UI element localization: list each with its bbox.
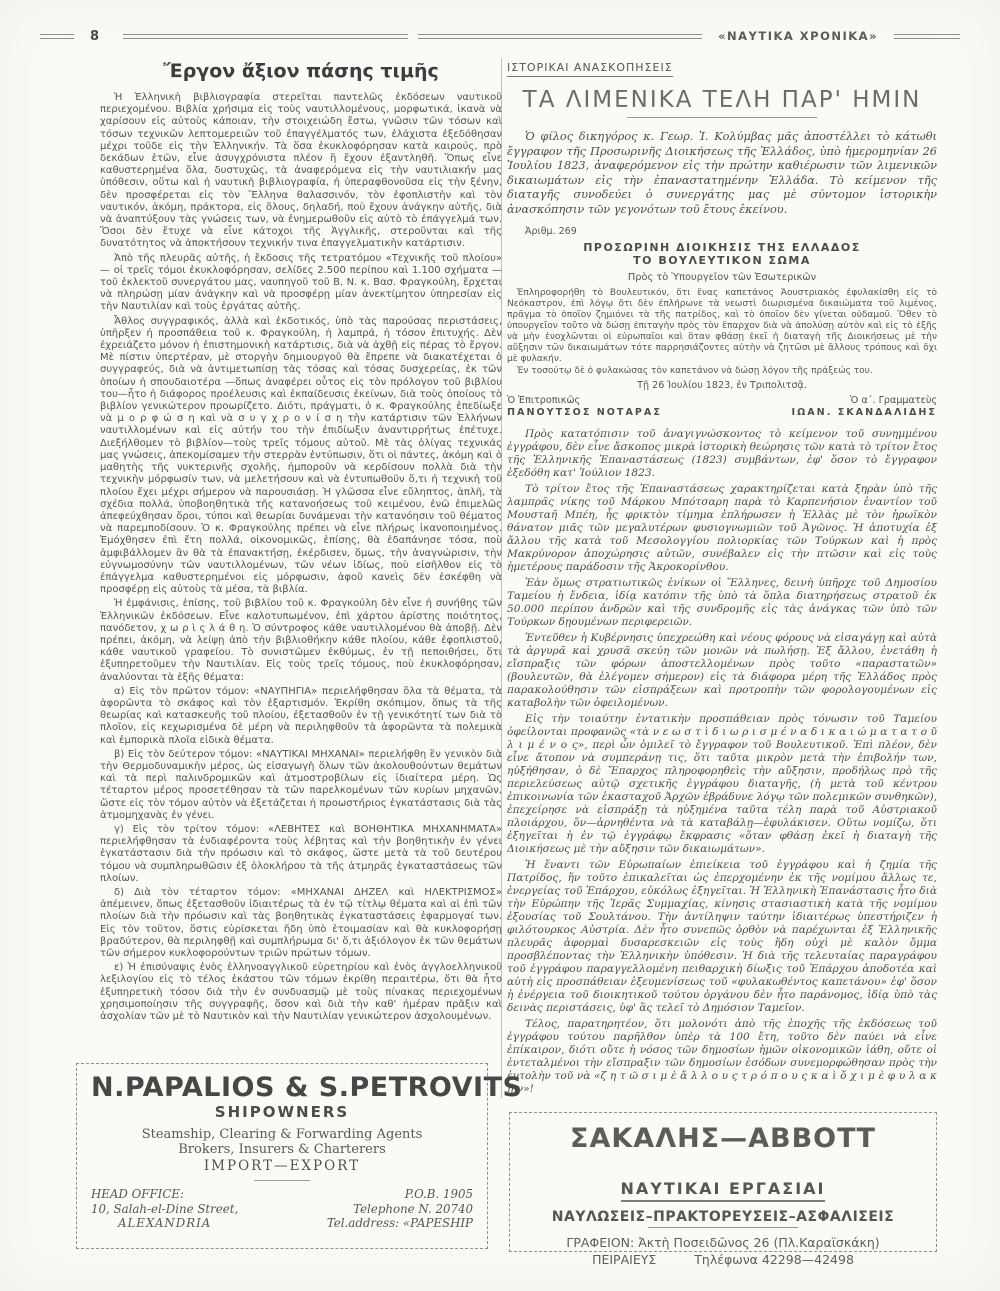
left-article: Ἔργον ἄξιον πάσης τιμῆς Ἡ Ἑλληνικὴ βιβλι… (100, 60, 502, 1060)
commentary-paragraph: Ἐὰν ὅμως στρατιωτικῶς ἐνίκων οἱ Ἕλληνες,… (507, 577, 937, 629)
left-article-title: Ἔργον ἄξιον πάσης τιμῆς (100, 60, 502, 82)
commentary: Πρὸς κατατόπισιν τοῦ ἀναγιγνώσκοντος τὸ … (507, 428, 937, 1096)
ad-papalios-subtitle: SHIPOWNERS (91, 1103, 473, 1121)
ad-sakalis-phones: Τηλέφωνα 42298—42498 (694, 1252, 854, 1267)
document-paragraph: Ἐπληροφορήθη τὸ Βουλευτικόν, ὅτι ἕνας κα… (507, 288, 937, 365)
header-rule-left (123, 34, 408, 39)
page-number: 8 (84, 29, 113, 44)
signature-left-role: Ὁ Ἐπιτροπικῶς (507, 395, 662, 406)
ad-papalios-contact: HEAD OFFICE: 10, Salah-el-Dine Street, A… (91, 1187, 473, 1231)
document-signatures: Ὁ Ἐπιτροπικῶς ΠΑΝΟΥΤΣΟΣ ΝΟΤΑΡΑΣ Ὁ α΄. Γρ… (507, 395, 937, 418)
ad-papalios-line2: Brokers, Insurers & Charterers (91, 1142, 473, 1157)
masthead-title: «ΝΑΥΤΙΚΑ ΧΡΟΝΙΚΑ» (712, 29, 884, 43)
commentary-paragraph: Ἡ ἔναντι τῶν Εὐρωπαίων ἐπιείκεια τοῦ ἐγγ… (507, 859, 937, 1015)
document-number: Ἀριθμ. 269 (525, 226, 937, 237)
ad-papalios-phone: Telephone N. 20740 (327, 1202, 473, 1217)
paragraph-item-gamma: γ) Εἰς τὸν τρίτον τόμον: «ΛΕΒΗΤΕΣ καὶ ΒΟ… (100, 824, 502, 885)
ad-papalios-head-office: HEAD OFFICE: (91, 1187, 238, 1202)
commentary-paragraph: Εἰς τὴν τοιαύτην ἐντατικὴν προσπάθειαν π… (507, 713, 937, 856)
commentary-paragraph: Πρὸς κατατόπισιν τοῦ ἀναγιγνώσκοντος τὸ … (507, 428, 937, 480)
document-heading: ΠΡΟΣΩΡΙΝΗ ΔΙΟΙΚΗΣΙΣ ΤΗΣ ΕΛΛΑΔΟΣ (507, 241, 937, 254)
ad-sakalis-services-rule (648, 1227, 798, 1228)
ad-papalios-street: 10, Salah-el-Dine Street, (91, 1202, 238, 1217)
document-subheading: ΤΟ ΒΟΥΛΕΥΤΙΚΟΝ ΣΩΜΑ (507, 254, 937, 267)
ad-sakalis-subtitle: ΝΑΥΤΙΚΑΙ ΕΡΓΑΣΙΑΙ (621, 1179, 826, 1202)
ad-sakalis-office: ΓΡΑΦΕΙΟΝ: Ἀκτὴ Ποσειδῶνος 26 (Πλ.Καραϊσκ… (522, 1235, 924, 1250)
ad-papalios-phones: P.O.B. 1905 Telephone N. 20740 Tel.addre… (327, 1187, 473, 1231)
ad-sakalis-name: ΣΑΚΑΛΗΣ—ΑΒΒΟΤΤ (522, 1123, 924, 1154)
editor-intro: Ὁ φίλος δικηγόρος κ. Γεωρ. Ἰ. Κολύμβας μ… (507, 130, 937, 218)
ad-papalios-tel-address: Tel.address: «PAPESHIP (327, 1216, 473, 1231)
header-rule-right (418, 34, 703, 39)
ad-sakalis-abbott: ΣΑΚΑΛΗΣ—ΑΒΒΟΤΤ ΝΑΥΤΙΚΑΙ ΕΡΓΑΣΙΑΙ ΝΑΥΛΩΣΕ… (509, 1112, 937, 1252)
paragraph-item-delta: δ) Διὰ τὸν τέταρτον τόμον: «ΜΗΧΑΝΑΙ ΔΗΖΕ… (100, 887, 502, 960)
paragraph-item-beta: β) Εἰς τὸν δεύτερον τόμον: «ΝΑΥΤΙΚΑΙ ΜΗΧ… (100, 749, 502, 822)
paragraph: Ἀπὸ τῆς πλευρᾶς αὐτῆς, ἡ ἔκδοσις τῆς τετ… (100, 253, 502, 314)
signature-right: Ὁ α΄. Γραμματεὺς ΙΩΑΝ. ΣΚΑΝΔΑΛΙΔΗΣ (792, 395, 937, 418)
header-right-ornament-rule (894, 34, 960, 39)
paragraph-item-alpha: α) Εἰς τὸν πρῶτον τόμον: «ΝΑΥΠΗΓΙΑ» περι… (100, 686, 502, 747)
title-underline-rule (627, 117, 817, 118)
document-paragraph: Ἐν τοσούτῳ δὲ ὁ φυλακώσας τὸν καπετάνον … (507, 366, 937, 377)
paragraph: Ἡ ἐμφάνισις, ἐπίσης, τοῦ βιβλίου τοῦ κ. … (100, 598, 502, 683)
paragraph: Ἡ Ἑλληνικὴ βιβλιογραφία στερεῖται παντελ… (100, 92, 502, 251)
commentary-paragraph: Ἐντεῦθεν ἡ Κυβέρνησις ὑπεχρεώθη καὶ νέου… (507, 632, 937, 710)
ad-papalios-divider-rule (254, 1180, 310, 1181)
paragraph: Ἆθλος συγγραφικός, ἀλλὰ καὶ ἐκδοτικός, ὑ… (100, 316, 502, 597)
ad-papalios-address: HEAD OFFICE: 10, Salah-el-Dine Street, A… (91, 1187, 238, 1231)
header-left-ornament-rule (40, 34, 74, 39)
commentary-paragraph: Τὸ τρίτον ἔτος τῆς Ἐπαναστάσεως χαρακτηρ… (507, 483, 937, 574)
document-body: Ἐπληροφορήθη τὸ Βουλευτικόν, ὅτι ἕνας κα… (507, 288, 937, 377)
ad-sakalis-city: ΠΕΙΡΑΙΕΥΣ (592, 1252, 656, 1267)
signature-right-role: Ὁ α΄. Γραμματεὺς (792, 395, 937, 406)
document-addressee: Πρὸς τὸ Ὑπουργεῖον τῶν Ἐσωτερικῶν (507, 272, 937, 283)
commentary-paragraph: Τέλος, παρατηρητέον, ὅτι μολονότι ἀπὸ τῆ… (507, 1018, 937, 1096)
right-article-title: ΤΑ ΛΙΜΕΝΙΚΑ ΤΕΛΗ ΠΑΡ' ΗΜΙΝ (507, 87, 937, 113)
signature-left-name: ΠΑΝΟΥΤΣΟΣ ΝΟΤΑΡΑΣ (507, 407, 662, 418)
page-header: 8 «ΝΑΥΤΙΚΑ ΧΡΟΝΙΚΑ» (40, 28, 960, 44)
document-dateline: Τῇ 26 Ἰουλίου 1823, ἐν Τριπολιτσᾷ. (507, 380, 937, 391)
ad-papalios-name: N.PAPALIOS & S.PETROVITS (91, 1072, 473, 1103)
ad-sakalis-city-phones: ΠΕΙΡΑΙΕΥΣ Τηλέφωνα 42298—42498 (522, 1252, 924, 1267)
ad-papalios-city: ALEXANDRIA (91, 1216, 238, 1231)
section-kicker: ΙΣΤΟΡΙΚΑΙ ΑΝΑΣΚΟΠΗΣΕΙΣ (507, 61, 673, 77)
ad-papalios-petrovits: N.PAPALIOS & S.PETROVITS SHIPOWNERS Stea… (76, 1063, 488, 1249)
signature-right-name: ΙΩΑΝ. ΣΚΑΝΔΑΛΙΔΗΣ (792, 407, 937, 418)
paragraph-item-epsilon: ε) Ἡ ἐπισύναψις ἑνὸς ἑλληνοαγγλικοῦ εὑρε… (100, 962, 502, 1023)
magazine-page: 8 «ΝΑΥΤΙΚΑ ΧΡΟΝΙΚΑ» Ἔργον ἄξιον πάσης τι… (0, 0, 1000, 1291)
ad-papalios-pob: P.O.B. 1905 (327, 1187, 473, 1202)
right-article: ΙΣΤΟΡΙΚΑΙ ΑΝΑΣΚΟΠΗΣΕΙΣ ΤΑ ΛΙΜΕΝΙΚΑ ΤΕΛΗ … (507, 56, 937, 1106)
ad-papalios-import-export: IMPORT—EXPORT (91, 1158, 473, 1174)
ad-sakalis-services: ΝΑΥΛΩΣΕΙΣ–ΠΡΑΚΤΟΡΕΥΣΕΙΣ–ΑΣΦΑΛΙΣΕΙΣ (522, 1209, 924, 1225)
ad-papalios-line1: Steamship, Clearing & Forwarding Agents (91, 1127, 473, 1142)
signature-left: Ὁ Ἐπιτροπικῶς ΠΑΝΟΥΤΣΟΣ ΝΟΤΑΡΑΣ (507, 395, 662, 418)
